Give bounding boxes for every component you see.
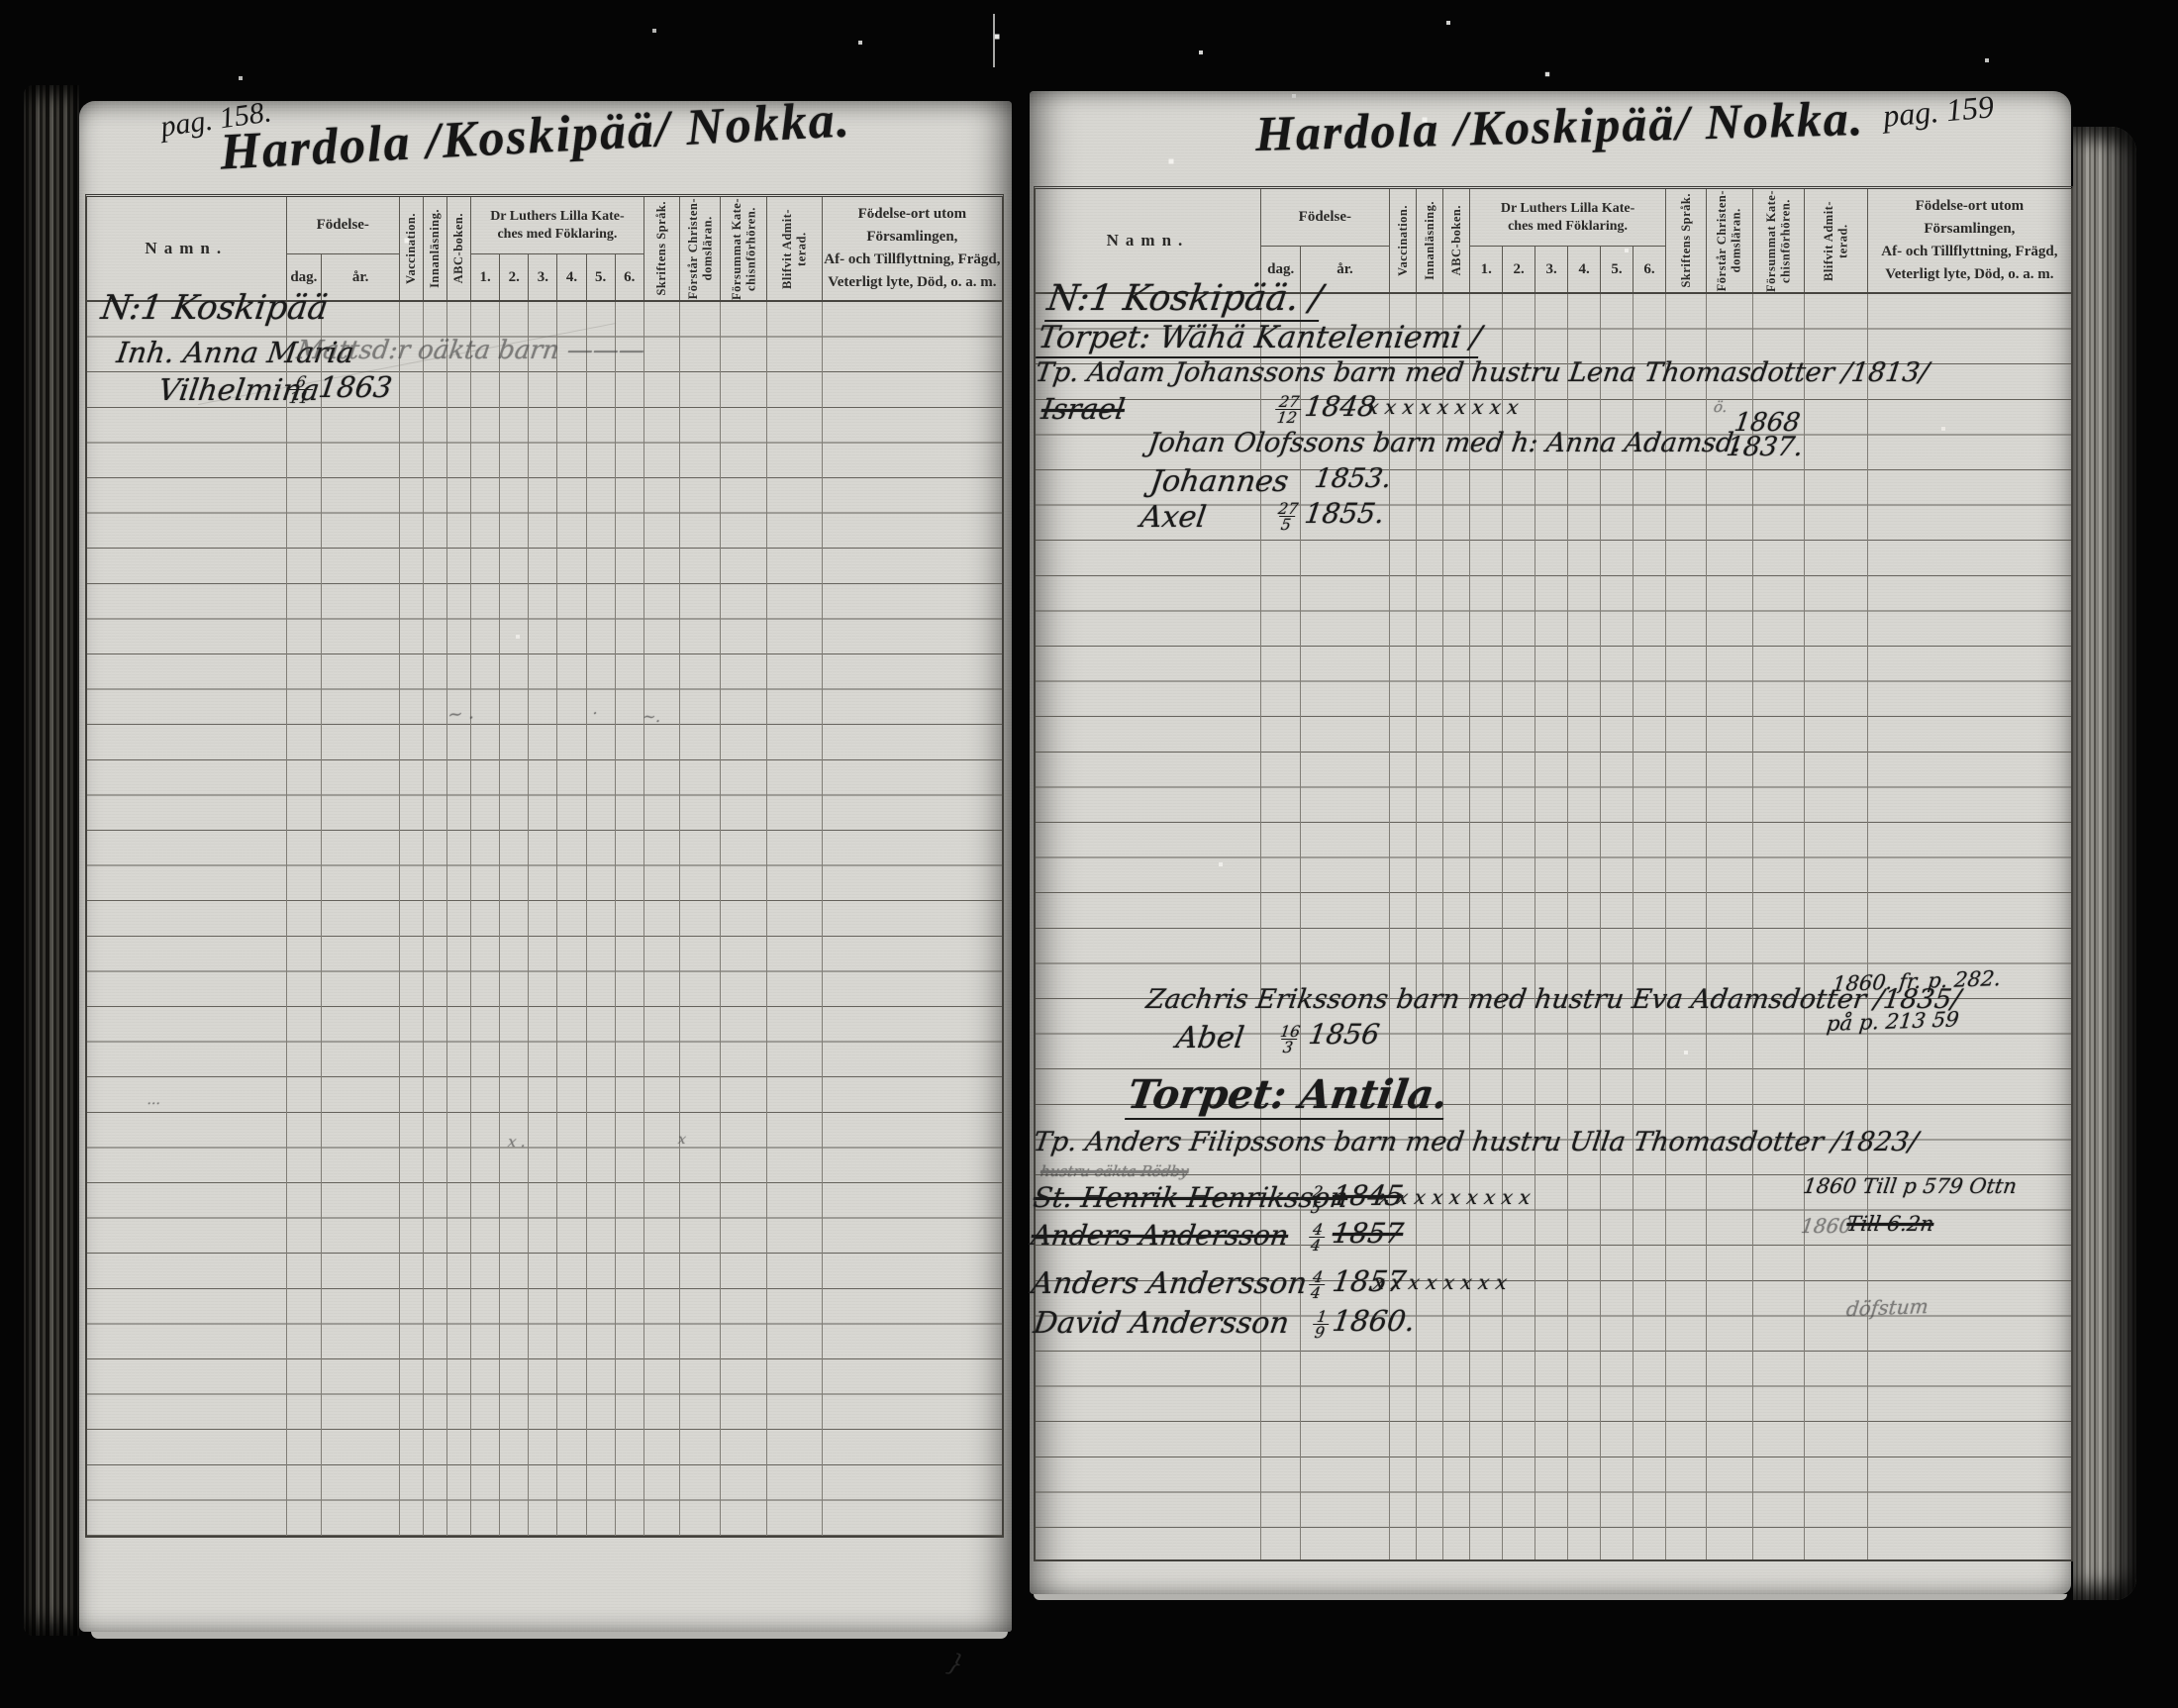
column-header-katekes: Dr Luthers Lilla Kate- ches med Föklarin… bbox=[470, 197, 643, 300]
column-rule bbox=[1752, 294, 1753, 1559]
column-rule bbox=[1260, 294, 1261, 1559]
column-rule bbox=[1442, 294, 1443, 1559]
column-header-forstar: Förstår Christen- domsläran. bbox=[1706, 189, 1752, 292]
column-header-forsummat: Försummat Kate- chisnförhören. bbox=[720, 197, 765, 300]
column-rule bbox=[446, 302, 447, 1536]
ruled-lines bbox=[1036, 294, 2071, 1559]
column-rule bbox=[1416, 294, 1417, 1559]
column-rule bbox=[286, 302, 287, 1536]
book-spine-edge bbox=[24, 85, 79, 1636]
katekes-col-3: 3. bbox=[528, 254, 556, 300]
column-rule bbox=[766, 302, 767, 1536]
column-rule bbox=[1706, 294, 1707, 1559]
column-rule bbox=[399, 302, 400, 1536]
katekes-col-4: 4. bbox=[1567, 247, 1600, 292]
column-header-fodelseort: Födelse-ort utom Församlingen, Af- och T… bbox=[822, 197, 1002, 300]
column-label: Dr Luthers Lilla Kate- ches med Föklarin… bbox=[1470, 189, 1665, 247]
column-label-dag: dag. bbox=[287, 254, 322, 300]
scanned-register-book: pag. 158. Hardola /Koskipää/ Nokka. Namn… bbox=[0, 0, 2178, 1708]
column-rule bbox=[643, 302, 644, 1536]
column-rule bbox=[1567, 294, 1568, 1559]
column-header-fodelse: Födelse- dag. år. bbox=[286, 197, 400, 300]
column-header-vaccination: Vaccination. bbox=[1389, 189, 1416, 292]
column-rule bbox=[615, 302, 616, 1536]
table-header-right: Namn. Födelse- dag. år. Vaccination. Inn… bbox=[1036, 189, 2071, 294]
column-rule bbox=[1300, 294, 1301, 1559]
column-header-skriftens: Skriftens Språk. bbox=[1665, 189, 1706, 292]
register-table-right: Namn. Födelse- dag. år. Vaccination. Inn… bbox=[1034, 186, 2073, 1561]
katekes-col-5: 5. bbox=[1600, 247, 1633, 292]
column-header-forstar: Förstår Christen- domsläran. bbox=[679, 197, 721, 300]
column-rule bbox=[1600, 294, 1601, 1559]
column-header-katekes: Dr Luthers Lilla Kate- ches med Föklarin… bbox=[1469, 189, 1665, 292]
column-header-blifvit: Blifvit Admit- terad. bbox=[766, 197, 822, 300]
column-header-blifvit: Blifvit Admit- terad. bbox=[1804, 189, 1867, 292]
ruled-lines bbox=[87, 302, 1002, 1536]
column-rule bbox=[1665, 294, 1666, 1559]
column-label: Dr Luthers Lilla Kate- ches med Föklarin… bbox=[471, 197, 643, 254]
katekes-col-1: 1. bbox=[1470, 247, 1502, 292]
katekes-col-5: 5. bbox=[586, 254, 615, 300]
dust-specks-paper bbox=[0, 0, 2, 2]
katekes-col-2: 2. bbox=[1502, 247, 1534, 292]
column-header-skriftens: Skriftens Språk. bbox=[643, 197, 679, 300]
column-rule bbox=[1633, 294, 1633, 1559]
column-header-innanlasning: Innanläsning. bbox=[423, 197, 446, 300]
column-label: Namn. bbox=[1107, 231, 1190, 251]
column-rule bbox=[1867, 294, 1868, 1559]
column-label: Födelse- bbox=[287, 197, 400, 254]
column-label-ar: år. bbox=[321, 254, 399, 300]
column-rule bbox=[470, 302, 471, 1536]
column-rule bbox=[1469, 294, 1470, 1559]
table-rows-left bbox=[87, 302, 1002, 1536]
column-rule bbox=[1804, 294, 1805, 1559]
column-header-forsummat: Försummat Kate- chisnförhören. bbox=[1752, 189, 1804, 292]
column-rule bbox=[679, 302, 680, 1536]
page-bottom-edge-right bbox=[1034, 1594, 2067, 1600]
column-rule bbox=[321, 302, 322, 1536]
column-header-vaccination: Vaccination. bbox=[399, 197, 423, 300]
column-rule bbox=[1389, 294, 1390, 1559]
katekes-col-3: 3. bbox=[1534, 247, 1567, 292]
column-header-fodelse: Födelse- dag. år. bbox=[1260, 189, 1389, 292]
katekes-col-4: 4. bbox=[556, 254, 585, 300]
column-header-fodelseort: Födelse-ort utom Församlingen, Af- och T… bbox=[1867, 189, 2071, 292]
column-rule bbox=[1534, 294, 1535, 1559]
column-rule bbox=[528, 302, 529, 1536]
katekes-col-6: 6. bbox=[615, 254, 643, 300]
column-header-abc-boken: ABC-boken. bbox=[1442, 189, 1469, 292]
column-header-namn: Namn. bbox=[87, 197, 286, 300]
scan-scratch-artifact bbox=[993, 14, 995, 67]
column-rule bbox=[423, 302, 424, 1536]
column-rule bbox=[822, 302, 823, 1536]
column-rule bbox=[556, 302, 557, 1536]
column-label: Namn. bbox=[145, 239, 228, 258]
column-rule bbox=[720, 302, 721, 1536]
column-header-innanlasning: Innanläsning. bbox=[1416, 189, 1442, 292]
table-header-left: Namn. Födelse- dag. år. Vaccination. Inn… bbox=[87, 197, 1002, 302]
book-fore-edge bbox=[2073, 127, 2136, 1600]
page-bottom-edge-left bbox=[91, 1632, 1008, 1639]
katekes-col-6: 6. bbox=[1633, 247, 1665, 292]
handwriting-entry: } bbox=[944, 1651, 967, 1677]
katekes-col-1: 1. bbox=[471, 254, 499, 300]
column-header-abc-boken: ABC-boken. bbox=[446, 197, 470, 300]
column-rule bbox=[499, 302, 500, 1536]
register-table-left: Namn. Födelse- dag. år. Vaccination. Inn… bbox=[85, 194, 1004, 1538]
table-rows-right bbox=[1036, 294, 2071, 1559]
column-header-namn: Namn. bbox=[1036, 189, 1260, 292]
katekes-col-2: 2. bbox=[499, 254, 528, 300]
column-rule bbox=[1502, 294, 1503, 1559]
column-label-dag: dag. bbox=[1261, 247, 1300, 292]
column-rule bbox=[586, 302, 587, 1536]
column-label: Födelse- bbox=[1261, 189, 1389, 247]
column-label-ar: år. bbox=[1300, 247, 1388, 292]
